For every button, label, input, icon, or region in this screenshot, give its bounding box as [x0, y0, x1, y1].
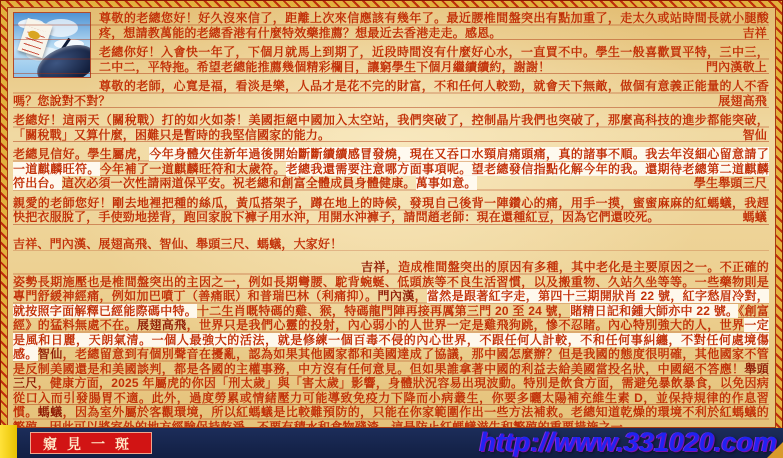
- reader-letter: 親愛的老師您好！剛去地裡把種的絲瓜，黃瓜搭架子，蹲在地上的時候，發現自己後背一陣…: [13, 196, 769, 225]
- yellow-edge-strip: [0, 425, 17, 458]
- reader-letter: 老總好！這兩天（關稅戰）打的如火如荼！美國拒絕中國加入太空站，我們突破了，控制晶…: [13, 113, 769, 142]
- page-curl: [767, 442, 783, 458]
- letter-signature: 螞蟻: [743, 210, 767, 225]
- stamp-badge: 窺見一斑: [30, 432, 152, 454]
- letter-text: 老總你好！入會快一年了，下個月就馬上到期了，近段時間沒有什麼好心水，一直買不中。…: [13, 45, 769, 74]
- letter-signature: 吉祥: [743, 26, 767, 41]
- letter-text: 尊敬的老師，心寬是福，看淡是樂，人品才是花不完的財富，不和任何人較勁，就會天下無…: [13, 79, 769, 108]
- parchment-content: 尊敬的老總您好！好久沒來信了，距離上次來信應該有幾年了。最近腰椎間盤突出有點加重…: [7, 7, 776, 428]
- letter-signature: 門內漢敬上: [706, 60, 767, 75]
- tip-sheet-page: 尊敬的老總您好！好久沒來信了，距離上次來信應該有幾年了。最近腰椎間盤突出有點加重…: [0, 0, 783, 458]
- letter-signature: 智仙: [743, 128, 767, 143]
- editor-reply-text: 吉祥，造成椎間盤突出的原因有多種，其中老化是主要原因之一。不正確的姿勢長期施壓也…: [13, 260, 769, 428]
- reader-letter: 老總見信好。學生屬虎，今年身體欠佳新年過後開始斷斷續續感冒發燒，現在又吞口水頸肩…: [13, 147, 769, 191]
- letter-signature: 展翅高飛: [718, 94, 767, 109]
- letter-text: 老總好！這兩天（關稅戰）打的如火如荼！美國拒絕中國加入太空站，我們突破了，控制晶…: [13, 113, 769, 142]
- reply-greeting: 吉祥、門內漢、展翅高飛、智仙、舉頭三尺、螞蟻，大家好！: [13, 237, 769, 252]
- letter-text: 親愛的老師您好！剛去地裡把種的絲瓜，黃瓜搭架子，蹲在地上的時候，發現自己後背一陣…: [13, 196, 769, 225]
- reader-letter: 尊敬的老總您好！好久沒來信了，距離上次來信應該有幾年了。最近腰椎間盤突出有點加重…: [13, 11, 769, 40]
- reader-letter: 老總你好！入會快一年了，下個月就馬上到期了，近段時間沒有什麼好心水，一直買不中。…: [13, 45, 769, 74]
- footer-bar: 窺見一斑 http://www.331020.com: [0, 428, 783, 458]
- site-url-link[interactable]: http://www.331020.com: [479, 427, 777, 458]
- letter-text: 老總見信好。學生屬虎，今年身體欠佳新年過後開始斷斷續續感冒發燒，現在又吞口水頸肩…: [13, 147, 769, 191]
- letter-text: 尊敬的老總您好！好久沒來信了，距離上次來信應該有幾年了。最近腰椎間盤突出有點加重…: [13, 11, 769, 40]
- letter-signature: 學生舉頭三尺: [694, 176, 767, 191]
- reader-letter: 尊敬的老師，心寬是福，看淡是樂，人品才是花不完的財富，不和任何人較勁，就會天下無…: [13, 79, 769, 108]
